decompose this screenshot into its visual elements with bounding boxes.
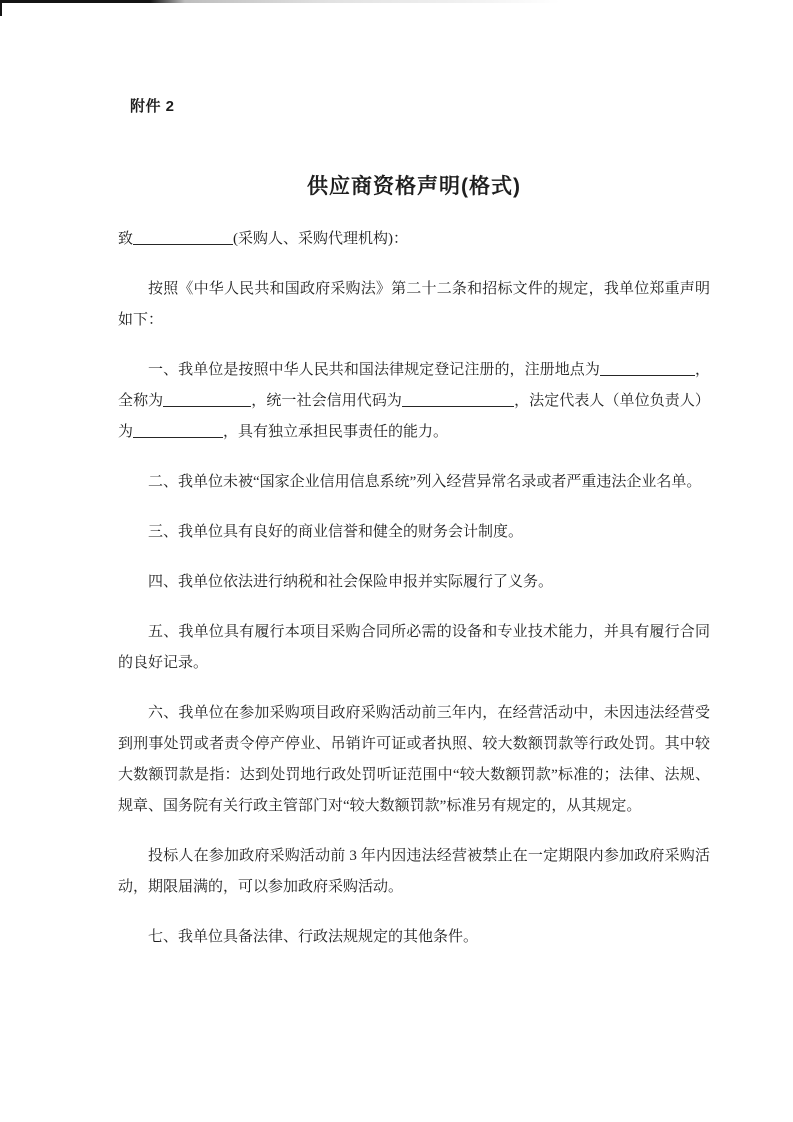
document-page: 附件 2 供应商资格声明(格式) 致(采购人、采购代理机构)：按照《中华人民共和… xyxy=(0,0,793,1122)
blank-underline xyxy=(133,234,233,245)
fill-in-unit: 为， xyxy=(387,393,529,409)
paragraph-item-6: 六、我单位在参加采购项目政府采购活动前三年内，在经营活动中，未因违法经营受到刑事… xyxy=(118,698,710,822)
text-run: 六、我单位在参加采购项目政府采购活动前三年内，在经营活动中，未因违法经营受到刑事… xyxy=(118,705,710,814)
text-run: 二、我单位未被“国家企业信用信息系统”列入经营异常名录或者严重违法企业名单。 xyxy=(148,474,701,490)
paragraph-item-7: 七、我单位具备法律、行政法规规定的其他条件。 xyxy=(118,922,710,953)
text-run: 投标人在参加政府采购活动前 3 年内因违法经营被禁止在一定期限内参加政府采购活动… xyxy=(118,848,710,895)
fill-in-unit: 为， xyxy=(148,393,266,409)
blank-underline xyxy=(163,396,251,407)
paragraph-item-5: 五、我单位具有履行本项目采购合同所必需的设备和专业技术能力，并具有履行合同的良好… xyxy=(118,617,710,679)
paragraph-item-4: 四、我单位依法进行纳税和社会保险申报并实际履行了义务。 xyxy=(118,567,710,598)
text-run: 四、我单位依法进行纳税和社会保险申报并实际履行了义务。 xyxy=(148,574,553,590)
scan-artifact-left-edge xyxy=(0,0,2,16)
document-paragraphs: 致(采购人、采购代理机构)：按照《中华人民共和国政府采购法》第二十二条和招标文件… xyxy=(118,224,710,953)
paragraph-salutation: 致(采购人、采购代理机构)： xyxy=(118,224,710,255)
fill-in-unit: 致(采购人、采购代理机构)： xyxy=(118,231,408,247)
paragraph-item-3: 三、我单位具有良好的商业信誉和健全的财务会计制度。 xyxy=(118,517,710,548)
paragraph-preamble: 按照《中华人民共和国政府采购法》第二十二条和招标文件的规定，我单位郑重声明如下： xyxy=(118,274,710,336)
blank-underline xyxy=(133,427,223,438)
paragraph-item-6-note: 投标人在参加政府采购活动前 3 年内因违法经营被禁止在一定期限内参加政府采购活动… xyxy=(118,841,710,903)
text-run: 全称 xyxy=(118,393,148,409)
text-run: 法定代表人（单位负责人） xyxy=(529,393,710,409)
text-run: 七、我单位具备法律、行政法规规定的其他条件。 xyxy=(148,929,478,945)
blank-underline xyxy=(600,365,695,376)
paragraph-item-1: 一、我单位是按照中华人民共和国法律规定登记注册的，注册地点为，全称为，统一社会信… xyxy=(118,355,710,448)
text-run: 按照《中华人民共和国政府采购法》第二十二条和招标文件的规定，我单位郑重声明如下： xyxy=(118,281,710,328)
text-run: 统一社会信用代码 xyxy=(266,393,387,409)
blank-underline xyxy=(402,396,514,407)
text-run: 五、我单位具有履行本项目采购合同所必需的设备和专业技术能力，并具有履行合同的良好… xyxy=(118,624,710,671)
scan-artifact-top-edge xyxy=(0,0,560,3)
paragraph-item-2: 二、我单位未被“国家企业信用信息系统”列入经营异常名录或者严重违法企业名单。 xyxy=(118,467,710,498)
page-title: 供应商资格声明(格式) xyxy=(118,172,710,202)
fill-in-unit: 为， xyxy=(585,362,710,378)
text-run: 一、我单位是按照中华人民共和国法律规定登记注册的，注册地点 xyxy=(148,362,585,378)
attachment-label: 附件 2 xyxy=(118,96,710,118)
text-run: 具有独立承担民事责任的能力。 xyxy=(238,424,448,440)
text-run: 三、我单位具有良好的商业信誉和健全的财务会计制度。 xyxy=(148,524,523,540)
fill-in-unit: 为， xyxy=(118,424,238,440)
